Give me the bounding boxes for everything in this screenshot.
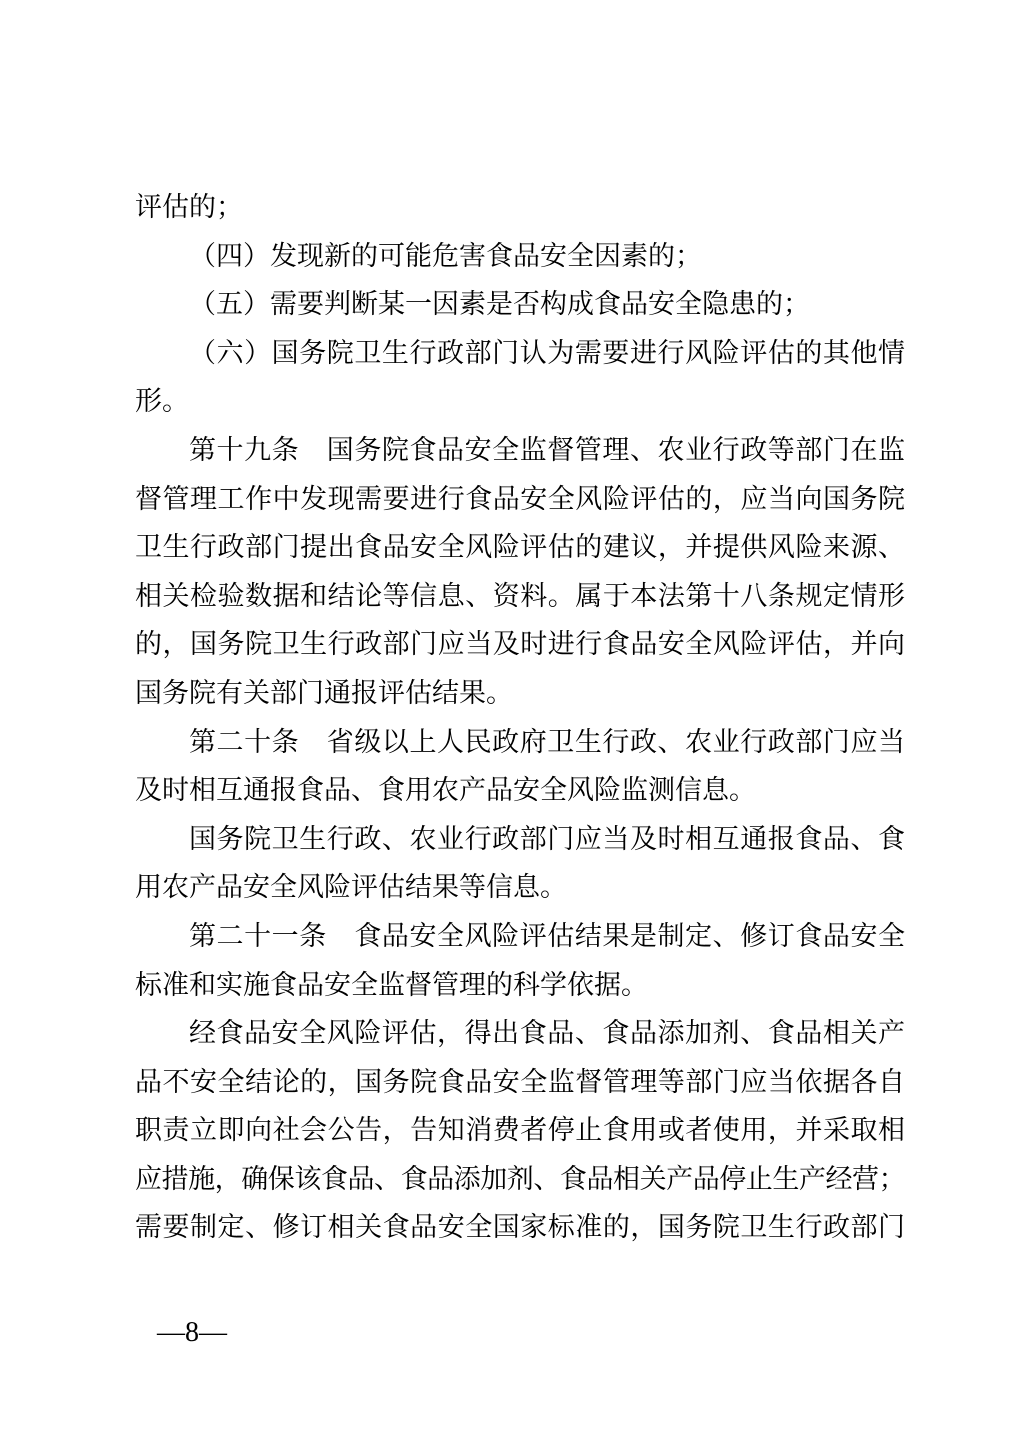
- text-line: （四）发现新的可能危害食品安全因素的；: [135, 232, 905, 281]
- text-line: 品不安全结论的，国务院食品安全监督管理等部门应当依据各自: [135, 1058, 905, 1107]
- text-line: 国务院卫生行政、农业行政部门应当及时相互通报食品、食: [135, 815, 905, 864]
- document-page: 评估的； （四）发现新的可能危害食品安全因素的； （五）需要判断某一因素是否构成…: [0, 0, 1024, 1450]
- text-line: 应措施，确保该食品、食品添加剂、食品相关产品停止生产经营；: [135, 1155, 905, 1204]
- footer-page-number: —8—: [157, 1317, 227, 1349]
- article-20-paragraph-1: 第二十条 省级以上人民政府卫生行政、农业行政部门应当 及时相互通报食品、食用农产…: [135, 718, 905, 815]
- text-line: 督管理工作中发现需要进行食品安全风险评估的，应当向国务院: [135, 475, 905, 524]
- text-line: 卫生行政部门提出食品安全风险评估的建议，并提供风险来源、: [135, 523, 905, 572]
- article-19: 第十九条 国务院食品安全监督管理、农业行政等部门在监 督管理工作中发现需要进行食…: [135, 426, 905, 718]
- text-line: 评估的；: [135, 183, 905, 232]
- article-21-paragraph-1: 第二十一条 食品安全风险评估结果是制定、修订食品安全 标准和实施食品安全监督管理…: [135, 912, 905, 1009]
- text-line: （六）国务院卫生行政部门认为需要进行风险评估的其他情: [135, 329, 905, 378]
- text-line: 第二十一条 食品安全风险评估结果是制定、修订食品安全: [135, 912, 905, 961]
- text-line: 相关检验数据和结论等信息、资料。属于本法第十八条规定情形: [135, 572, 905, 621]
- text-line: 及时相互通报食品、食用农产品安全风险监测信息。: [135, 766, 905, 815]
- text-line: （五）需要判断某一因素是否构成食品安全隐患的；: [135, 280, 905, 329]
- text-line: 第十九条 国务院食品安全监督管理、农业行政等部门在监: [135, 426, 905, 475]
- list-item-6: （六）国务院卫生行政部门认为需要进行风险评估的其他情 形。: [135, 329, 905, 426]
- article-21-paragraph-2: 经食品安全风险评估，得出食品、食品添加剂、食品相关产 品不安全结论的，国务院食品…: [135, 1009, 905, 1252]
- list-item-4: （四）发现新的可能危害食品安全因素的；: [135, 232, 905, 281]
- text-line: 的，国务院卫生行政部门应当及时进行食品安全风险评估，并向: [135, 620, 905, 669]
- list-item-5: （五）需要判断某一因素是否构成食品安全隐患的；: [135, 280, 905, 329]
- article-20-paragraph-2: 国务院卫生行政、农业行政部门应当及时相互通报食品、食 用农产品安全风险评估结果等…: [135, 815, 905, 912]
- text-line: 形。: [135, 377, 905, 426]
- text-line: 用农产品安全风险评估结果等信息。: [135, 863, 905, 912]
- clause-continuation: 评估的；: [135, 183, 905, 232]
- text-line: 第二十条 省级以上人民政府卫生行政、农业行政部门应当: [135, 718, 905, 767]
- text-line: 职责立即向社会公告，告知消费者停止食用或者使用，并采取相: [135, 1106, 905, 1155]
- text-line: 经食品安全风险评估，得出食品、食品添加剂、食品相关产: [135, 1009, 905, 1058]
- text-line: 需要制定、修订相关食品安全国家标准的，国务院卫生行政部门: [135, 1203, 905, 1252]
- text-line: 标准和实施食品安全监督管理的科学依据。: [135, 961, 905, 1010]
- document-body: 评估的； （四）发现新的可能危害食品安全因素的； （五）需要判断某一因素是否构成…: [135, 183, 905, 1252]
- text-line: 国务院有关部门通报评估结果。: [135, 669, 905, 718]
